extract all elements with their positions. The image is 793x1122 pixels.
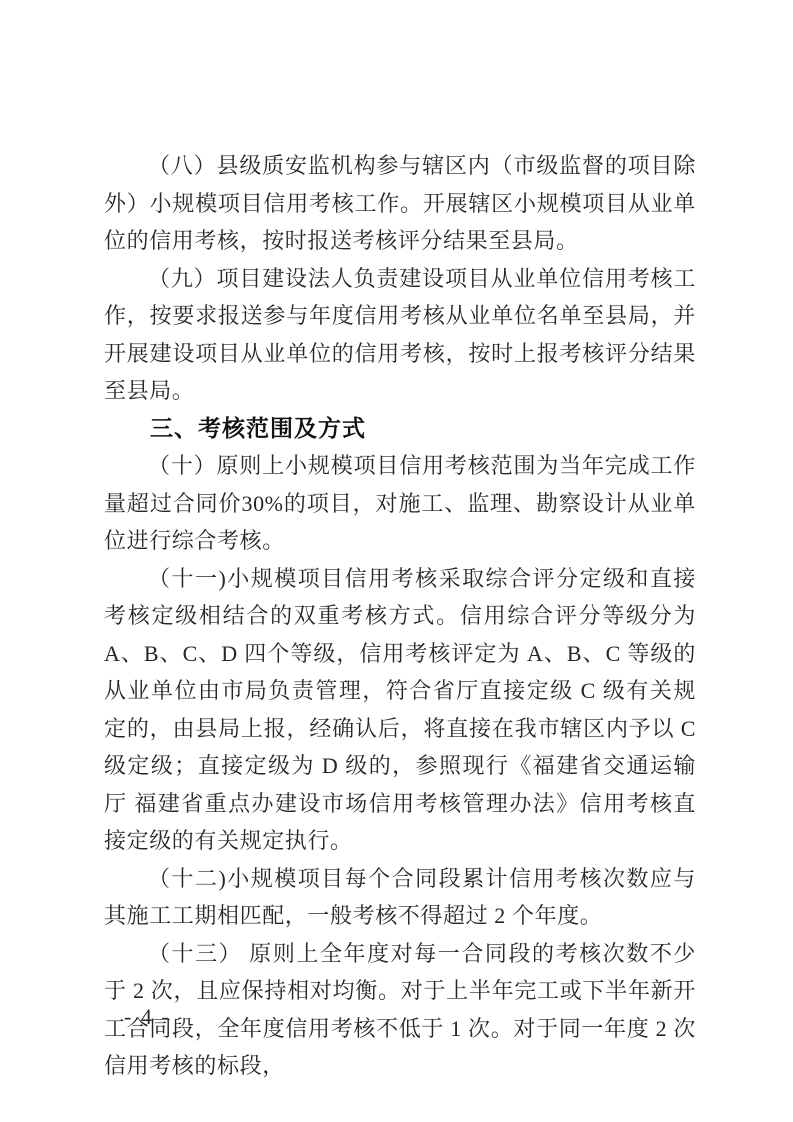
- document-page: （八）县级质安监机构参与辖区内（市级监督的项目除外）小规模项目信用考核工作。开展…: [0, 0, 793, 1122]
- paragraph-clause-13: （十三） 原则上全年度对每一合同段的考核次数不少于 2 次，且应保持相对均衡。对…: [104, 935, 696, 1085]
- paragraph-clause-12: （十二)小规模项目每个合同段累计信用考核次数应与其施工工期相匹配，一般考核不得超…: [104, 860, 696, 935]
- paragraph-clause-9: （九）项目建设法人负责建设项目从业单位信用考核工作，按要求报送参与年度信用考核从…: [104, 260, 696, 410]
- section-heading-3: 三、考核范围及方式: [104, 410, 696, 448]
- document-body: （八）县级质安监机构参与辖区内（市级监督的项目除外）小规模项目信用考核工作。开展…: [104, 147, 696, 1085]
- paragraph-clause-11: （十一)小规模项目信用考核采取综合评分定级和直接考核定级相结合的双重考核方式。信…: [104, 560, 696, 860]
- paragraph-clause-8: （八）县级质安监机构参与辖区内（市级监督的项目除外）小规模项目信用考核工作。开展…: [104, 147, 696, 260]
- page-number: - 4 -: [124, 1003, 171, 1031]
- paragraph-clause-10: （十）原则上小规模项目信用考核范围为当年完成工作量超过合同价30%的项目，对施工…: [104, 447, 696, 560]
